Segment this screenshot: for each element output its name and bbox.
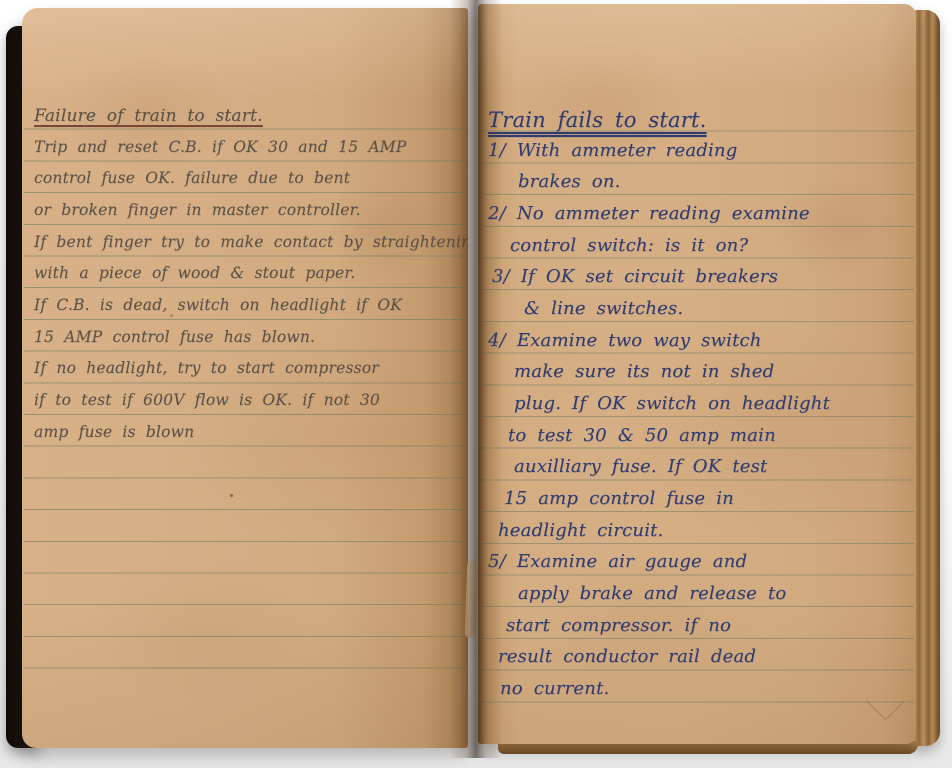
notebook-photo: Failure of train to start. Trip and rese… [0,0,952,768]
handwritten-line: auxilliary fuse. If OK test [488,456,912,488]
handwritten-line: control switch: is it on? [488,235,912,267]
left-page-text: Failure of train to start. Trip and rese… [34,106,464,454]
paper-specks [230,494,233,497]
handwritten-line: plug. If OK switch on headlight [488,393,912,425]
handwritten-line: 5/ Examine air gauge and [488,551,912,583]
handwritten-line: If bent finger try to make contact by st… [34,233,464,265]
right-page-text: Train fails to start. 1/ With ammeter re… [488,108,912,709]
right-page-heading: Train fails to start. [488,108,912,140]
page-tear [465,560,479,638]
handwritten-line: amp fuse is blown [34,423,464,455]
left-page-heading: Failure of train to start. [34,106,464,138]
handwritten-line: control fuse OK. failure due to bent [34,169,464,201]
left-page-body: Trip and reset C.B. if OK 30 and 15 AMPc… [34,138,464,455]
right-page-body: 1/ With ammeter readingbrakes on.2/ No a… [488,140,912,710]
handwritten-line: headlight circuit. [488,520,912,552]
right-page: Train fails to start. 1/ With ammeter re… [478,4,916,744]
handwritten-line: start compressor. if no [488,615,912,647]
left-page: Failure of train to start. Trip and rese… [22,8,468,748]
handwritten-line: result conductor rail dead [488,646,912,678]
handwritten-line: with a piece of wood & stout paper. [34,264,464,296]
page-stack-edge-right [914,10,940,746]
handwritten-line: or broken finger in master controller. [34,201,464,233]
handwritten-line: 2/ No ammeter reading examine [488,203,912,235]
handwritten-line: make sure its not in shed [488,361,912,393]
handwritten-line: If C.B. is dead, switch on headlight if … [34,296,464,328]
handwritten-line: 1/ With ammeter reading [488,140,912,172]
handwritten-line: if to test if 600V flow is OK. if not 30 [34,391,464,423]
handwritten-line: no current. [488,678,912,710]
handwritten-line: If no headlight, try to start compressor [34,359,464,391]
handwritten-line: 15 AMP control fuse has blown. [34,328,464,360]
handwritten-line: 15 amp control fuse in [488,488,912,520]
handwritten-line: Trip and reset C.B. if OK 30 and 15 AMP [34,138,464,170]
handwritten-line: apply brake and release to [488,583,912,615]
handwritten-line: brakes on. [488,171,912,203]
handwritten-line: 3/ If OK set circuit breakers [488,266,912,298]
handwritten-line: & line switches. [488,298,912,330]
handwritten-line: 4/ Examine two way switch [488,330,912,362]
handwritten-line: to test 30 & 50 amp main [488,425,912,457]
